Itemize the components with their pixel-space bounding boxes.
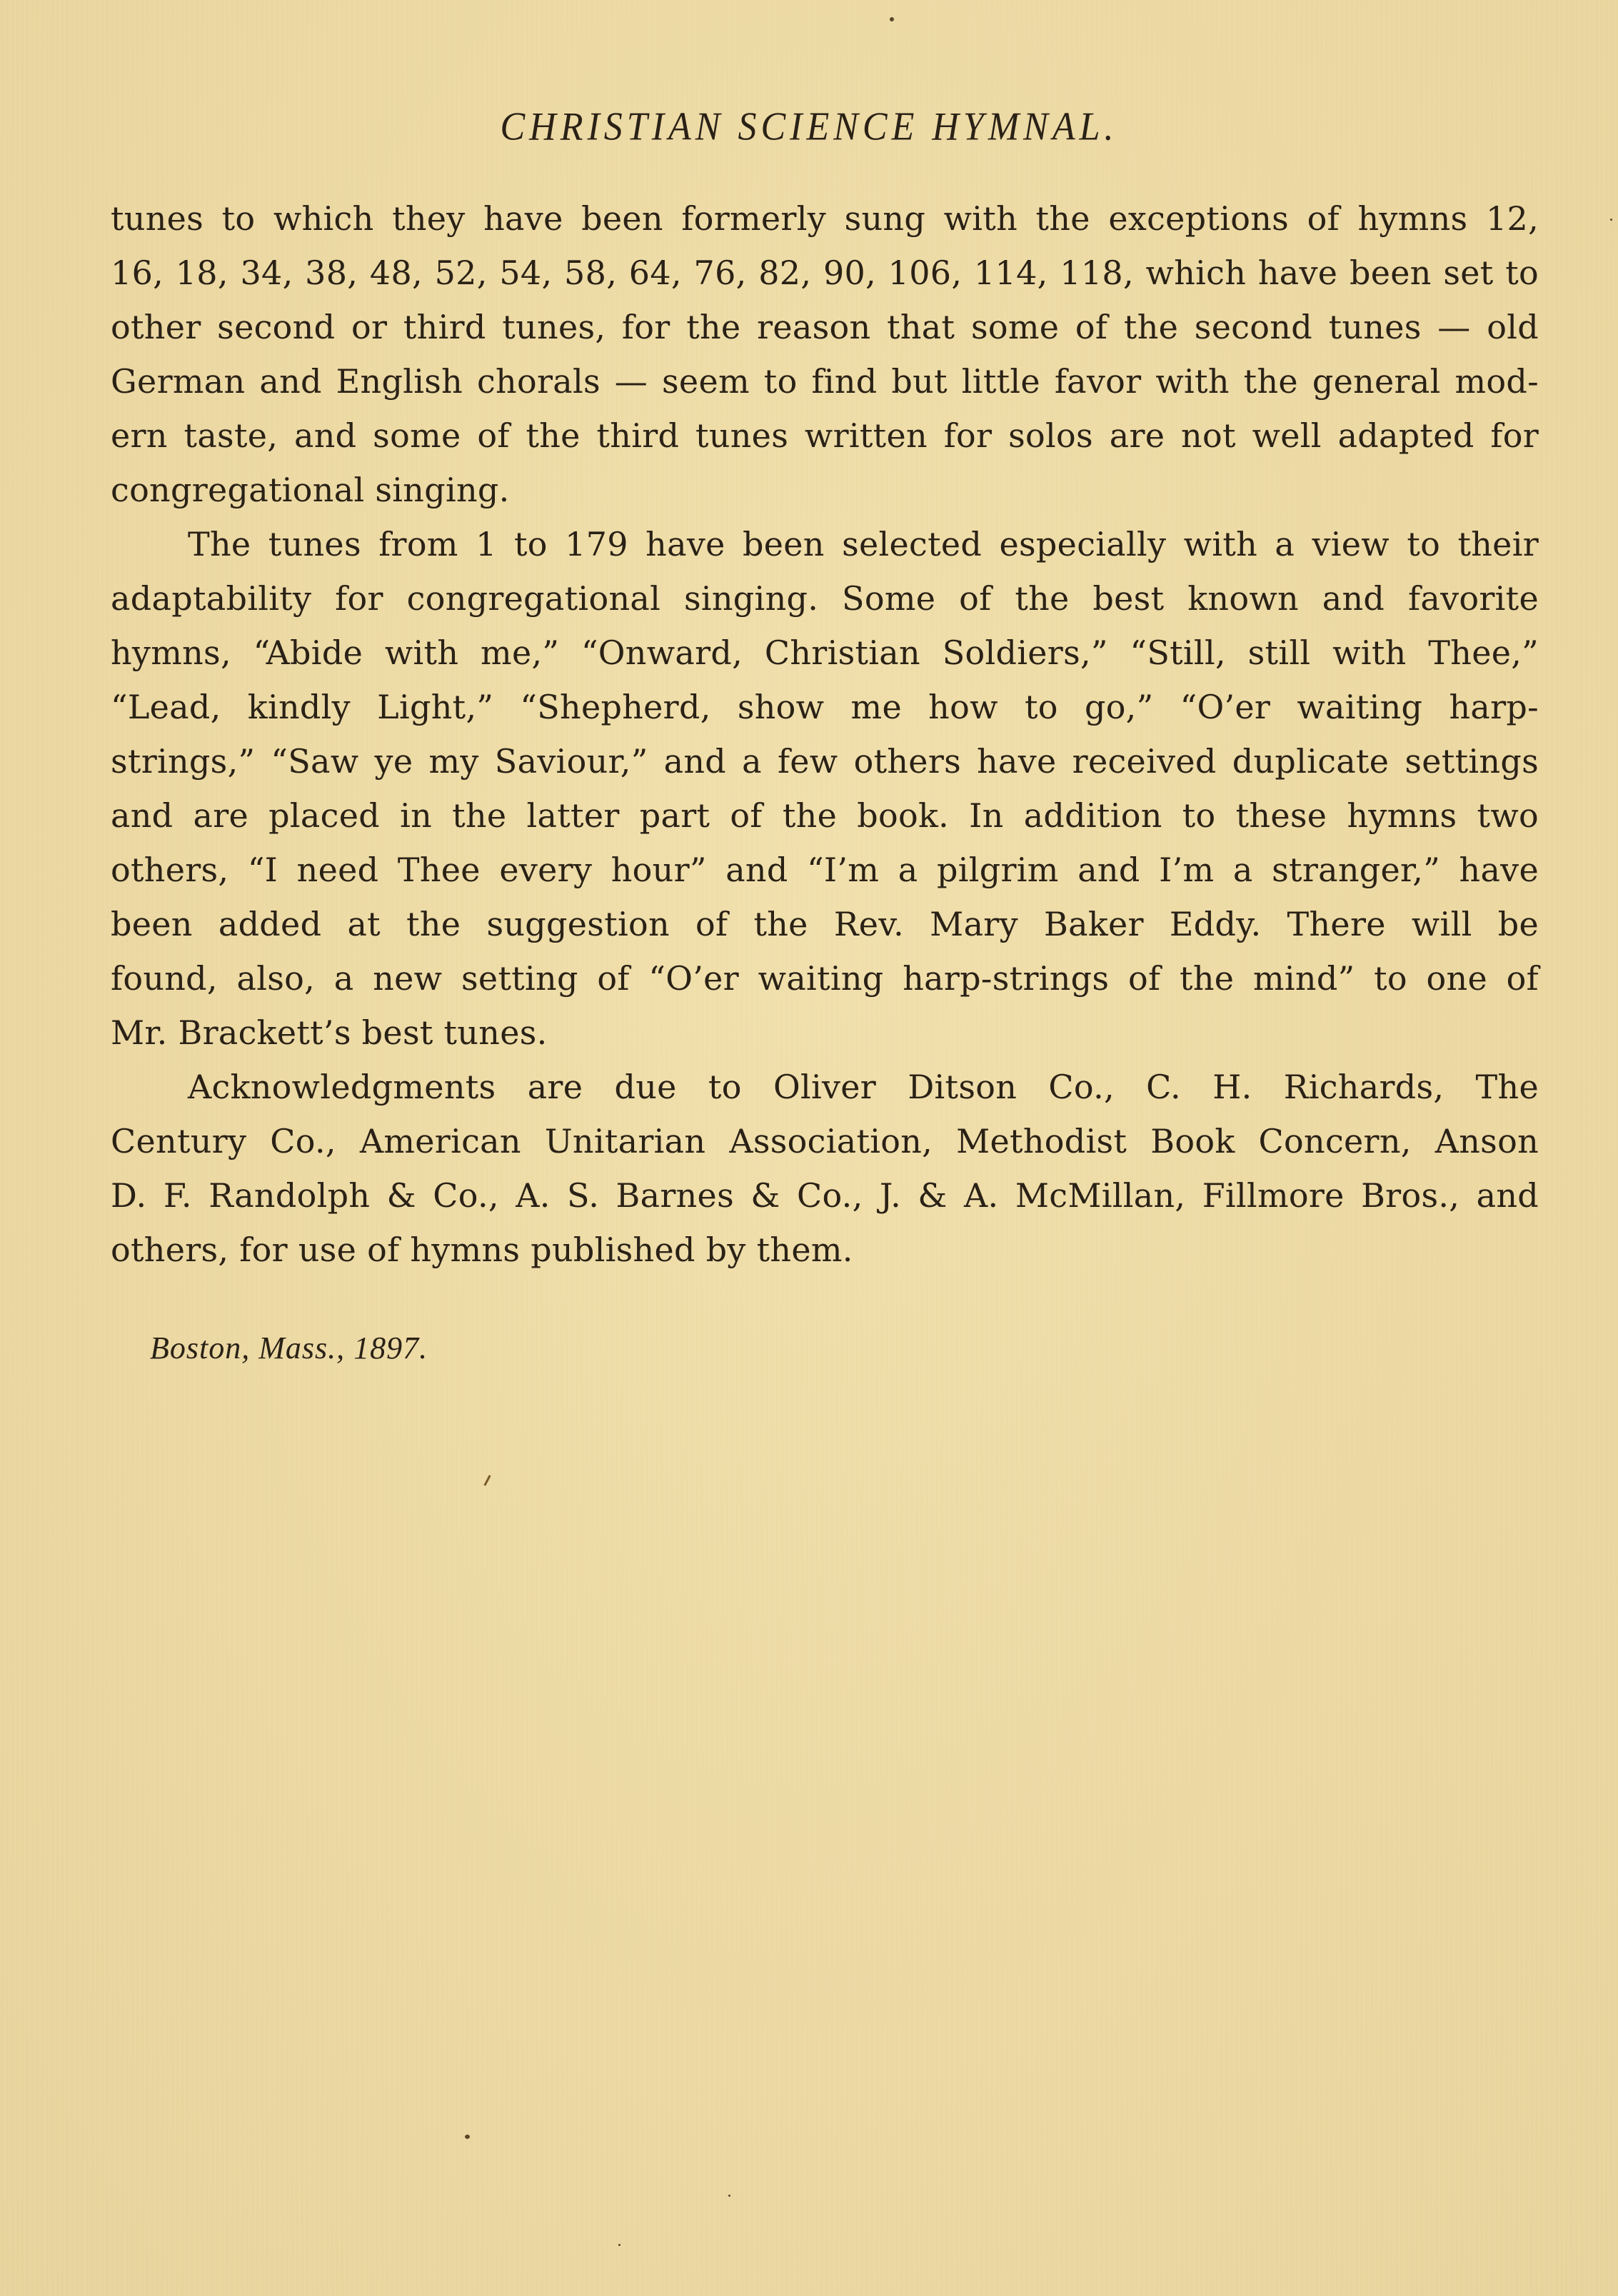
text-line: hymns, “Abide with me,” “Onward, Christi…	[111, 626, 1539, 680]
text-line: found, also, a new setting of “O’er wait…	[111, 951, 1539, 1006]
paper-speck	[890, 17, 894, 21]
text-line: 16, 18, 34, 38, 48, 52, 54, 58, 64, 76, …	[111, 246, 1539, 300]
paper-speck	[618, 2244, 620, 2246]
paper-mark	[483, 1475, 491, 1486]
text-line: “Lead, kindly Light,” “Shepherd, show me…	[111, 680, 1539, 734]
paper-speck	[465, 2135, 470, 2139]
text-line: strings,” “Saw ye my Saviour,” and a few…	[111, 734, 1539, 788]
text-line: The tunes from 1 to 179 have been select…	[111, 517, 1539, 571]
text-line: others, for use of hymns published by th…	[111, 1223, 1539, 1277]
running-head: CHRISTIAN SCIENCE HYMNAL.	[0, 104, 1618, 150]
text-line: adaptability for congregational singing.…	[111, 571, 1539, 626]
text-line: congregational singing.	[111, 463, 1539, 517]
text-line: others, “I need Thee every hour” and “I’…	[111, 843, 1539, 897]
text-line: been added at the suggestion of the Rev.…	[111, 897, 1539, 951]
text-line: ern taste, and some of the third tunes w…	[111, 408, 1539, 463]
paper-speck	[1610, 219, 1612, 221]
text-line: Century Co., American Unitarian Associat…	[111, 1114, 1539, 1168]
paper-speck	[728, 2195, 730, 2197]
text-line: D. F. Randolph & Co., A. S. Barnes & Co.…	[111, 1168, 1539, 1223]
text-line: and are placed in the latter part of the…	[111, 788, 1539, 843]
text-line: German and English chorals — seem to fin…	[111, 354, 1539, 408]
book-page: CHRISTIAN SCIENCE HYMNAL. tunes to which…	[0, 0, 1618, 2296]
text-line: other second or third tunes, for the rea…	[111, 300, 1539, 354]
body-text: tunes to which they have been formerly s…	[111, 191, 1539, 1277]
text-line: Acknowledgments are due to Oliver Ditson…	[111, 1060, 1539, 1114]
text-line: Mr. Brackett’s best tunes.	[111, 1006, 1539, 1060]
text-line: tunes to which they have been formerly s…	[111, 191, 1539, 246]
place-date-signoff: Boston, Mass., 1897.	[150, 1330, 428, 1366]
